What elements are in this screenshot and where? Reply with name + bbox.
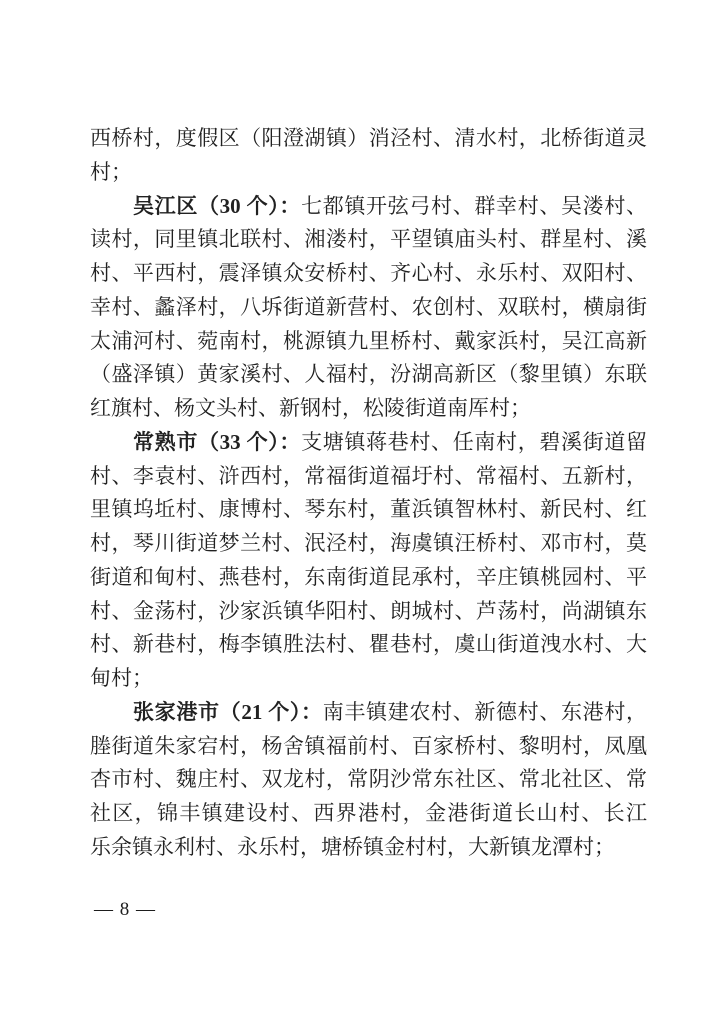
text-line: 村、李袁村、浒西村，常福街道福圩村、常福村、五新村，古 bbox=[90, 460, 647, 494]
text-line: 里镇坞坵村、康博村、琴东村，董浜镇智林村、新民村、红沙 bbox=[90, 493, 647, 527]
section-heading: 吴江区（30 个）： bbox=[133, 194, 301, 218]
text-line: 村、新巷村，梅李镇胜法村、瞿巷村，虞山街道洩水村、大湖 bbox=[90, 628, 647, 662]
text-line: 读村，同里镇北联村、湘溇村，平望镇庙头村、群星村、溪港 bbox=[90, 223, 647, 257]
text-line: 村、平西村，震泽镇众安桥村、齐心村、永乐村、双阳村、新 bbox=[90, 257, 647, 291]
text-line: 西桥村，度假区（阳澄湖镇）消泾村、清水村，北桥街道灵峰 bbox=[90, 122, 647, 156]
text-line: 甸村； bbox=[90, 662, 647, 696]
section-heading: 常熟市（33 个）： bbox=[133, 430, 301, 454]
document-page: 西桥村，度假区（阳澄湖镇）消泾村、清水村，北桥街道灵峰村；吴江区（30 个）：七… bbox=[0, 0, 720, 1018]
section-heading: 张家港市（21 个）： bbox=[133, 700, 323, 724]
text-block: 西桥村，度假区（阳澄湖镇）消泾村、清水村，北桥街道灵峰村；吴江区（30 个）：七… bbox=[90, 122, 647, 865]
text-line: 街道和甸村、燕巷村，东南街道昆承村，辛庄镇桃园村、平墅 bbox=[90, 561, 647, 595]
text-line: 村、金荡村，沙家浜镇华阳村、朗城村、芦荡村，尚湖镇东桥 bbox=[90, 595, 647, 629]
text-line: 塍街道朱家宕村，杨舍镇福前村、百家桥村、黎明村，凤凰镇 bbox=[90, 730, 647, 764]
text-line: 幸村、蠡泽村，八坼街道新营村、农创村、双联村，横扇街道 bbox=[90, 291, 647, 325]
text-line: 红旗村、杨文头村、新钢村，松陵街道南厍村； bbox=[90, 392, 647, 426]
text-line: 张家港市（21 个）：南丰镇建农村、新德村、东港村，后 bbox=[90, 696, 647, 730]
text-line: 吴江区（30 个）：七都镇开弦弓村、群幸村、吴溇村、隐 bbox=[90, 190, 647, 224]
text-line: 社区，锦丰镇建设村、西界港村，金港街道长山村、长江村， bbox=[90, 797, 647, 831]
text-line: 太浦河村、菀南村，桃源镇九里桥村、戴家浜村，吴江高新区 bbox=[90, 325, 647, 359]
text-line: 村，琴川街道梦兰村、泯泾村，海虞镇汪桥村、邓市村，莫城 bbox=[90, 527, 647, 561]
text-line: 常熟市（33 个）：支塘镇蒋巷村、任南村，碧溪街道留下 bbox=[90, 426, 647, 460]
text-line: 乐余镇永利村、永乐村，塘桥镇金村村，大新镇龙潭村； bbox=[90, 831, 647, 865]
text-line: （盛泽镇）黄家溪村、人福村，汾湖高新区（黎里镇）东联村、 bbox=[90, 358, 647, 392]
text-line: 杏市村、魏庄村、双龙村，常阴沙常东社区、常北社区、常兴 bbox=[90, 763, 647, 797]
text-line: 村； bbox=[90, 156, 647, 190]
page-number: — 8 — bbox=[94, 896, 156, 924]
